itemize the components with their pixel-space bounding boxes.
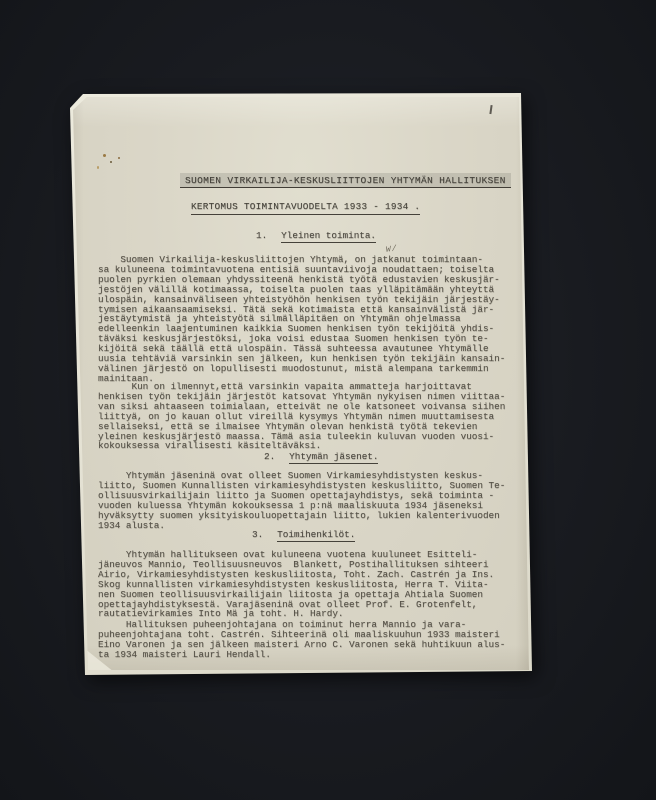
document-title: SUOMEN VIRKAILIJA-KESKUSLIITTOJEN YHTYMÄ… (180, 173, 511, 188)
section-3-title: Toimihenkilöt. (277, 529, 355, 542)
section-2-heading: 2.Yhtymän jäsenet. (264, 451, 378, 462)
section-3-number: 3. (252, 529, 263, 540)
document-page: W/ SUOMEN VIRKAILIJA-KESKUSLIITTOJEN YHT… (70, 93, 532, 675)
scanned-paper-stack: W/ SUOMEN VIRKAILIJA-KESKUSLIITTOJEN YHT… (70, 93, 532, 675)
section-1-number: 1. (256, 230, 267, 241)
section-1-heading: 1.Yleinen toiminta. (256, 230, 376, 241)
body-paragraph: Yhtymän jäseninä ovat olleet Suomen Virk… (98, 471, 516, 530)
page-content: W/ SUOMEN VIRKAILIJA-KESKUSLIITTOJEN YHT… (70, 93, 532, 675)
body-paragraph: Suomen Virkailija-keskusliittojen Yhtymä… (98, 255, 516, 384)
section-2-number: 2. (264, 451, 275, 462)
body-paragraph: Kun on ilmennyt,että varsinkin vapaita a… (98, 382, 516, 451)
corner-fold (84, 648, 114, 672)
document-subtitle: KERTOMUS TOIMINTAVUODELTA 1933 - 1934 . (191, 201, 420, 215)
section-2-title: Yhtymän jäsenet. (289, 451, 378, 464)
body-paragraph: Hallituksen puheenjohtajana on toiminut … (98, 620, 516, 660)
section-1-title: Yleinen toiminta. (281, 230, 376, 243)
section-3-heading: 3.Toimihenkilöt. (252, 529, 355, 540)
body-paragraph: Yhtymän hallitukseen ovat kuluneena vuot… (98, 550, 516, 619)
